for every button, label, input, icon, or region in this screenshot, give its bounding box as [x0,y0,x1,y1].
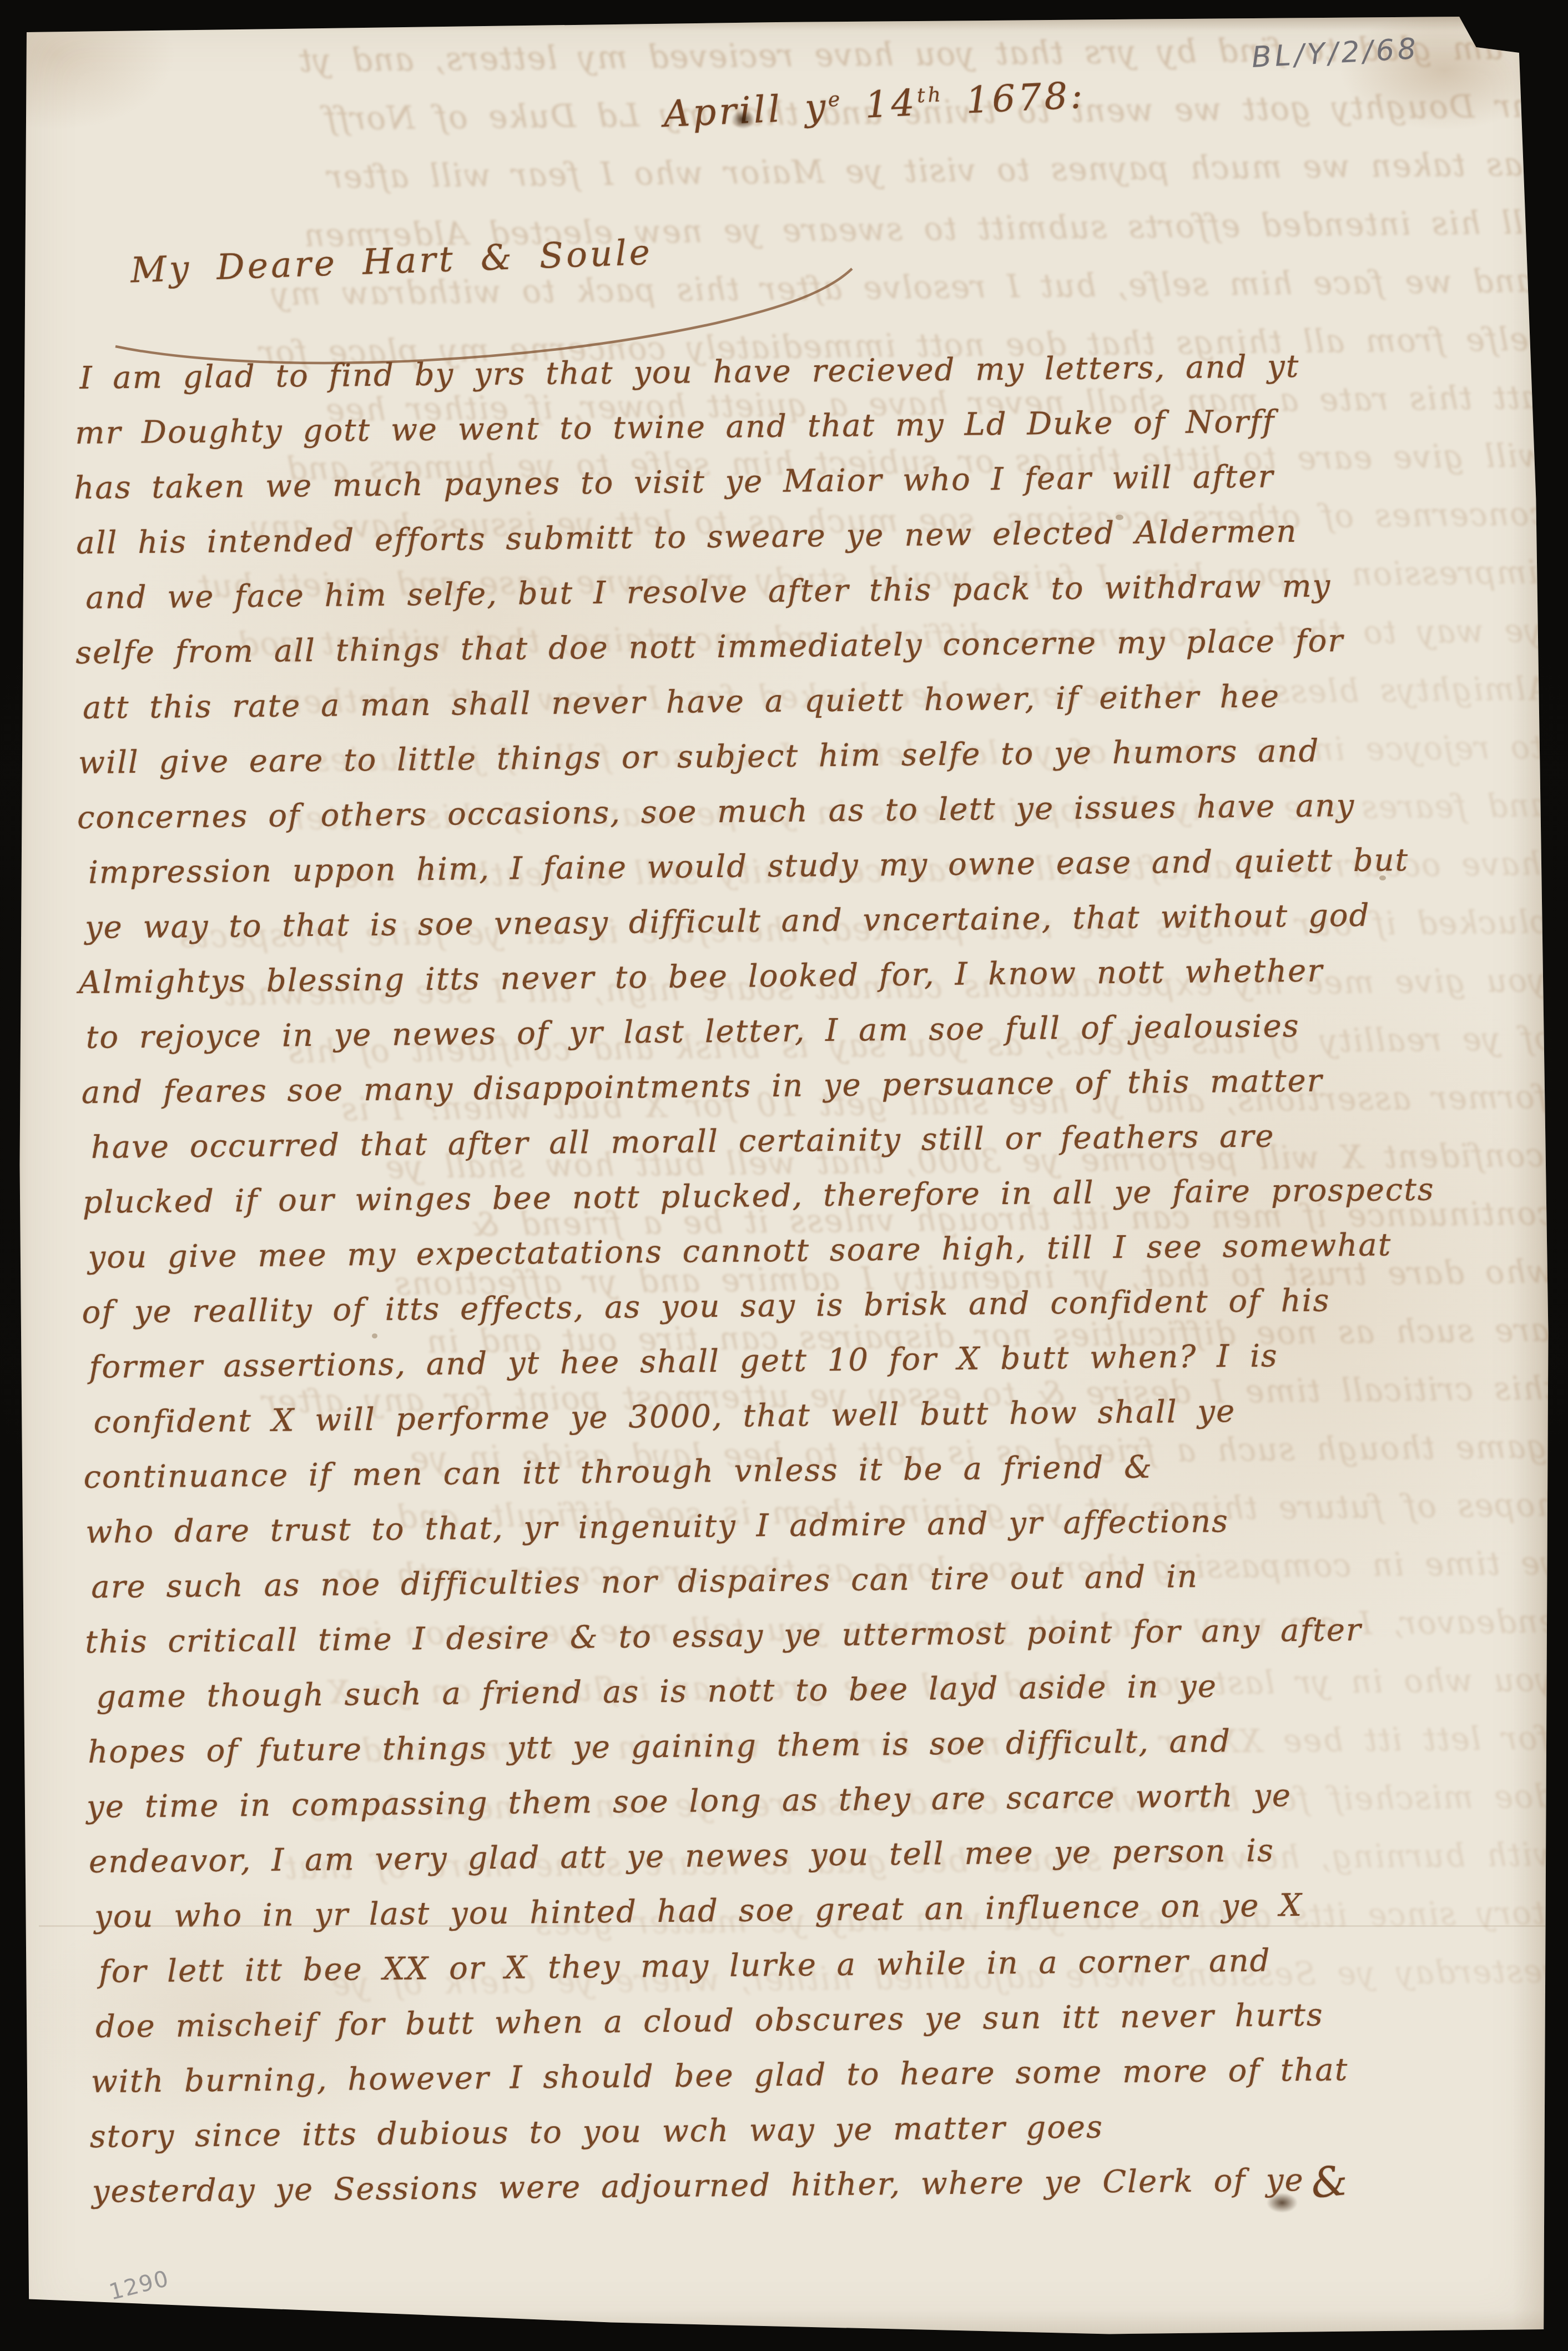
date-sup-e: e [828,87,843,112]
foxing-speck [1116,515,1123,520]
date-sup-th: th [916,82,944,107]
archive-reference-pencil: BL/Y/2/68 [1251,32,1420,74]
foxing-speck [372,1333,377,1338]
bleedthrough-line: has taken we much paynes to visit ye Mai… [8,135,1545,210]
photograph-of-letter: { "photo": { "archive_reference": "BL/Y/… [0,0,1568,2351]
manuscript-sheet: I am glad to find by yrs that you have r… [17,12,1551,2341]
catchword-ampersand: & [1309,2157,1350,2208]
salutation: My Deare Hart & Soule [130,232,653,291]
foxing-speck [1379,875,1386,880]
fold-crease [39,1925,1560,1927]
date-day: 14 [842,82,918,128]
date-year: 1678: [943,74,1086,123]
date-line: Aprill ye 14th 1678: [663,74,1086,135]
ink-blot [1267,2193,1298,2213]
letter-body: I am glad to find by yrs that you have r… [74,338,1491,2219]
ink-blot [732,110,755,129]
folio-pencil-mark: 1290 [107,2266,172,2305]
